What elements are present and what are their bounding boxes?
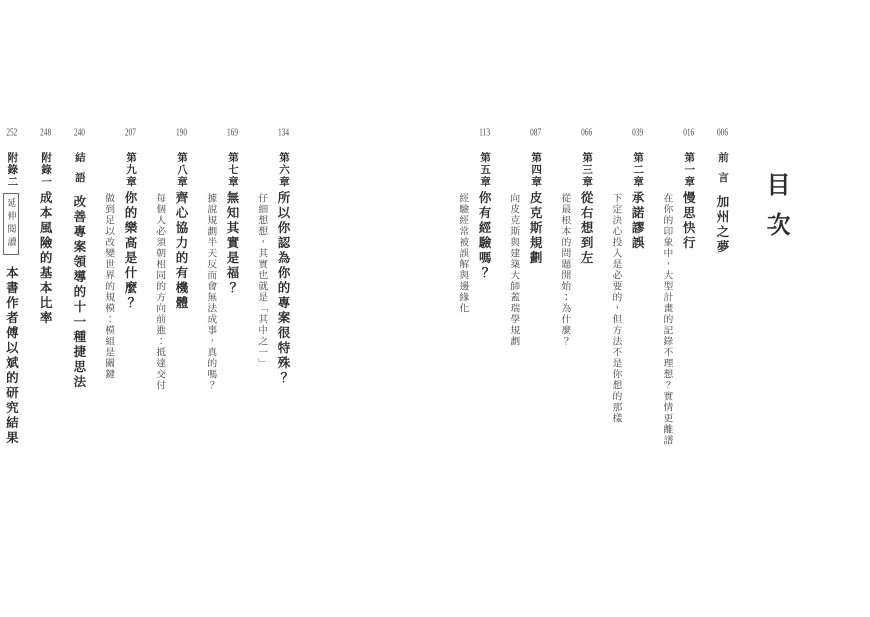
entry-page-number: 169 — [227, 128, 238, 138]
entry-title: 皮克斯規劃 — [528, 191, 542, 266]
toc-title: 目次 — [758, 172, 793, 252]
toc-entry-main-column: 190第八章齊心協力的有機體 — [170, 128, 191, 498]
entry-page-number: 248 — [40, 128, 51, 138]
toc-entry: 248附錄一成本風險的基本比率 — [34, 128, 55, 498]
toc-entry: 169第七章無知其實是福？據說規劃半天反而會無法成事，真的嗎？ — [204, 128, 242, 498]
toc-entry-main-column: 252附錄二延伸閱讀本書作者傅以斌的研究結果 — [1, 128, 22, 498]
toc-entry: 006前言加州之夢 — [711, 128, 732, 498]
toc-entry-main-column: 087第四章皮克斯規劃 — [524, 128, 545, 498]
entry-title: 加州之夢 — [715, 195, 729, 255]
table-of-contents: 目次 006前言加州之夢016第一章慢思快行在你的印象中，大型計畫的記錄不理想？… — [0, 128, 817, 498]
entry-title: 承諾謬誤 — [630, 191, 644, 251]
toc-entry: 066第三章從右想到左從最根本的問題開始：為什麼？ — [558, 128, 596, 498]
toc-entry-main-column: 006前言加州之夢 — [711, 128, 732, 498]
entry-title: 成本風險的基本比率 — [38, 191, 52, 326]
entry-subtitle: 據說規劃半天反而會無法成事，真的嗎？ — [204, 128, 216, 498]
entry-page-number: 134 — [278, 128, 289, 138]
entry-page-number: 087 — [530, 128, 541, 138]
entry-title: 本書作者傅以斌的研究結果 — [4, 266, 18, 446]
entry-section-label: 第七章 — [227, 152, 238, 188]
entry-title: 所以你認為你的專案很特殊？ — [276, 191, 290, 386]
entry-page-number: 252 — [6, 128, 17, 138]
toc-entry: 207第九章你的樂高是什麼？做到足以改變世界的規模：模組是關鍵 — [102, 128, 140, 498]
entry-page-number: 066 — [581, 128, 592, 138]
entry-subtitle: 經驗經常被誤解與邊緣化 — [456, 128, 468, 498]
entry-section-label: 前言 — [717, 152, 728, 192]
entry-section-label: 第三章 — [581, 152, 592, 188]
toc-entry-main-column: 240結語改善專案領導的十一種捷思法 — [68, 128, 89, 498]
entry-section-label: 第二章 — [632, 152, 643, 188]
entry-title: 從右想到左 — [579, 191, 593, 266]
entry-section-label: 第九章 — [125, 152, 136, 188]
toc-entry: 240結語改善專案領導的十一種捷思法 — [68, 128, 89, 498]
book-spread: 目次 006前言加州之夢016第一章慢思快行在你的印象中，大型計畫的記錄不理想？… — [0, 0, 870, 617]
entry-subtitle: 下定決心投入是必要的，但方法不是你想的那樣 — [609, 128, 621, 498]
toc-page-right: 006前言加州之夢016第一章慢思快行在你的印象中，大型計畫的記錄不理想？實情更… — [443, 128, 732, 498]
extended-reading-badge: 延伸閱讀 — [3, 193, 19, 255]
entry-title: 無知其實是福？ — [225, 191, 239, 296]
entry-title: 你有經驗嗎？ — [477, 191, 491, 281]
toc-entry-main-column: 113第五章你有經驗嗎？ — [473, 128, 494, 498]
toc-entry-main-column: 207第九章你的樂高是什麼？ — [119, 128, 140, 498]
entry-title: 改善專案領導的十一種捷思法 — [72, 195, 86, 390]
toc-entry-main-column: 039第二章承諾謬誤 — [626, 128, 647, 498]
page-gutter — [293, 128, 443, 132]
entry-section-label: 第六章 — [278, 152, 289, 188]
toc-entry: 252附錄二延伸閱讀本書作者傅以斌的研究結果 — [1, 128, 22, 498]
entry-section-label: 附錄二 — [6, 152, 17, 188]
entry-page-number: 113 — [479, 128, 490, 138]
entry-subtitle: 仔細想想，其實也就是「其中之一」 — [255, 128, 267, 498]
entry-page-number: 016 — [683, 128, 694, 138]
toc-entry-main-column: 066第三章從右想到左 — [575, 128, 596, 498]
entry-title: 慢思快行 — [681, 191, 695, 251]
toc-entry-main-column: 134第六章所以你認為你的專案很特殊？ — [272, 128, 293, 498]
toc-entry: 087第四章皮克斯規劃向皮克斯與建築大師蓋瑞學規劃 — [507, 128, 545, 498]
toc-entry-main-column: 016第一章慢思快行 — [677, 128, 698, 498]
entry-section-label: 結語 — [74, 152, 85, 192]
entry-section-label: 附錄一 — [40, 152, 51, 188]
entry-page-number: 006 — [717, 128, 728, 138]
entry-subtitle: 每個人必須朝相同的方向前進：抵達交付 — [153, 128, 165, 498]
entry-subtitle: 從最根本的問題開始：為什麼？ — [558, 128, 570, 498]
entry-title: 齊心協力的有機體 — [174, 191, 188, 311]
entry-page-number: 190 — [176, 128, 187, 138]
entry-page-number: 207 — [125, 128, 136, 138]
entry-section-label: 第五章 — [479, 152, 490, 188]
entry-subtitle: 在你的印象中，大型計畫的記錄不理想？實情更離譜 — [660, 128, 672, 498]
toc-entry: 190第八章齊心協力的有機體每個人必須朝相同的方向前進：抵達交付 — [153, 128, 191, 498]
entry-page-number: 240 — [74, 128, 85, 138]
entry-subtitle: 做到足以改變世界的規模：模組是關鍵 — [102, 128, 114, 498]
entry-page-number: 039 — [632, 128, 643, 138]
toc-entry-main-column: 169第七章無知其實是福？ — [221, 128, 242, 498]
toc-page-left: 134第六章所以你認為你的專案很特殊？仔細想想，其實也就是「其中之一」169第七… — [0, 128, 293, 498]
entry-section-label: 第一章 — [683, 152, 694, 188]
toc-entry: 113第五章你有經驗嗎？經驗經常被誤解與邊緣化 — [456, 128, 494, 498]
toc-entry: 016第一章慢思快行在你的印象中，大型計畫的記錄不理想？實情更離譜 — [660, 128, 698, 498]
entry-section-label: 第四章 — [530, 152, 541, 188]
toc-entry: 039第二章承諾謬誤下定決心投入是必要的，但方法不是你想的那樣 — [609, 128, 647, 498]
entry-section-label: 第八章 — [176, 152, 187, 188]
entry-title: 你的樂高是什麼？ — [123, 191, 137, 311]
toc-entry: 134第六章所以你認為你的專案很特殊？仔細想想，其實也就是「其中之一」 — [255, 128, 293, 498]
entry-subtitle: 向皮克斯與建築大師蓋瑞學規劃 — [507, 128, 519, 498]
toc-entry-main-column: 248附錄一成本風險的基本比率 — [34, 128, 55, 498]
